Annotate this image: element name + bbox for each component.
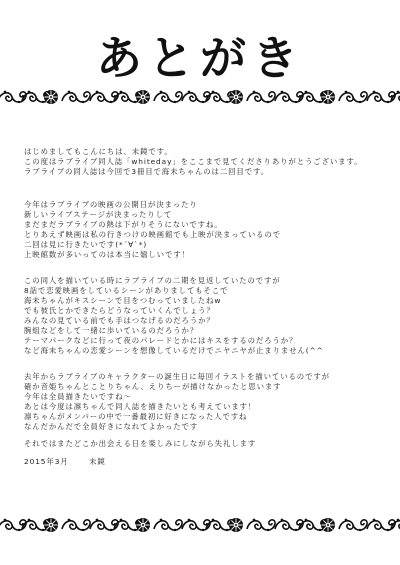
- signature: 2015年3月 未鏡: [24, 457, 396, 467]
- text-line: 今年は全員描きたいですね～: [24, 392, 396, 402]
- afterword-body: はじめましてもこんにちは、未鏡です。 この度はラブライブ同人誌「whiteday…: [24, 147, 396, 467]
- paragraph-closing: それではまたどこか出会える日を楽しみにしながら失礼します: [24, 439, 396, 449]
- text-line: 今年はラブライブの映画の公開日が決まったり: [24, 200, 396, 210]
- text-line: この同人を描いている時にラブライブの二期を見返していたのですが: [24, 276, 396, 286]
- text-line: 新しいライブステージが決まったりして: [24, 210, 396, 220]
- paragraph-movie: 今年はラブライブの映画の公開日が決まったり 新しいライブステージが決まったりして…: [24, 200, 396, 260]
- paragraph-greeting: はじめましてもこんにちは、未鏡です。 この度はラブライブ同人誌「whiteday…: [24, 147, 396, 177]
- text-line: みんなの見ている前でも手はつなげるのだろうか？: [24, 316, 396, 326]
- text-line: など海未ちゃんの恋愛シーンを想像しているだけでニヤニヤが止まりません(^^: [24, 346, 396, 356]
- signature-date: 2015年3月: [24, 457, 69, 466]
- text-line: ラブライブの同人誌は今回で3冊目で海未ちゃんのは二回目です。: [24, 167, 396, 177]
- page-title: あとがき: [0, 28, 400, 88]
- text-line: なんだかんだで全員好きになれてよかったです: [24, 422, 396, 432]
- text-line: 海未ちゃんがキスシーンで目をつむっていましたねw: [24, 296, 396, 306]
- text-line: とりあえず映画は私の行きつけの映画館でも上映が決まっているので: [24, 230, 396, 240]
- ornamental-border-bottom: [0, 512, 400, 538]
- scroll-vine-icon: [0, 84, 400, 110]
- signature-author: 未鏡: [89, 457, 106, 466]
- ornamental-border-top: [0, 84, 400, 110]
- text-line: 8話で恋愛映画をしているシーンがありましてもそこで: [24, 286, 396, 296]
- paragraph-birthday-illustrations: 去年からラブライブのキャラクターの誕生日に毎回イラストを描いているのですが 確か…: [24, 372, 396, 432]
- text-line: それではまたどこか出会える日を楽しみにしながら失礼します: [24, 439, 396, 449]
- scroll-vine-icon: [0, 512, 400, 538]
- text-line: 上映館数が多いってのは本当に嬉しいです！: [24, 250, 396, 260]
- text-line: テーマパークなどに行って夜のパレードとかにはキスをするのだろうか？: [24, 336, 396, 346]
- text-line: あとは今度は凛ちゃんで同人誌を描きたいとも考えています！: [24, 402, 396, 412]
- text-line: 腕組などをして一緒に歩いているのだろうか？: [24, 326, 396, 336]
- paragraph-story: この同人を描いている時にラブライブの二期を見返していたのですが 8話で恋愛映画を…: [24, 276, 396, 356]
- text-line: この度はラブライブ同人誌「whiteday」をここまで見てくださりありがとうござ…: [24, 157, 396, 167]
- text-line: でも彼氏とかできたらどうなっていくんでしょう？: [24, 306, 396, 316]
- text-line: まだまだラブライブの熱は下がりそうにないですね。: [24, 220, 396, 230]
- text-line: 去年からラブライブのキャラクターの誕生日に毎回イラストを描いているのですが: [24, 372, 396, 382]
- text-line: 凛ちゃんがメンバーの中で一番最初に好きになった人ですね: [24, 412, 396, 422]
- text-line: はじめましてもこんにちは、未鏡です。: [24, 147, 396, 157]
- text-line: 確か音姫ちゃんとことりちゃん、えりちーが描けなかったと思います: [24, 382, 396, 392]
- text-line: 二回は見に行きたいです(*´∀`*): [24, 240, 396, 250]
